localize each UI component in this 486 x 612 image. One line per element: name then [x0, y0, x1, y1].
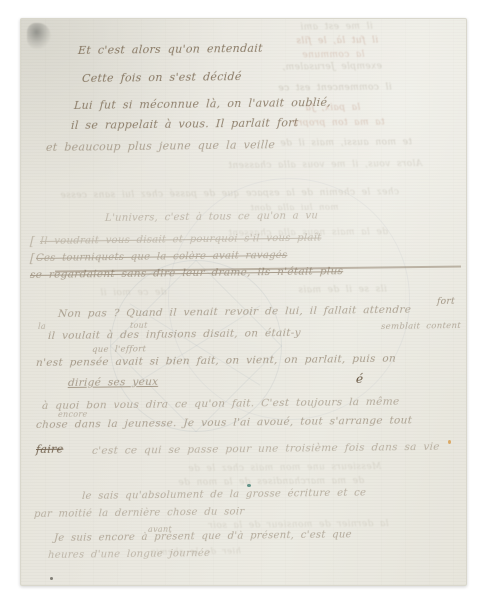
manuscript-line: Et c'est alors qu'on entendait	[78, 42, 264, 57]
bleedthrough-line: mon lui alla dont	[250, 203, 339, 214]
bleedthrough-line: te mon aussi, mais il de	[280, 137, 412, 148]
bleedthrough-line: il me est ami	[300, 22, 373, 33]
bleedthrough-line: la commune	[302, 50, 365, 61]
manuscript-line: il se rappelait à vous. Il parlait fort	[71, 116, 299, 132]
manuscript-line: Cette fois on s'est décidé	[82, 70, 242, 85]
bleedthrough-line: Alors vous, il me vous alla chassent	[228, 159, 422, 171]
bleedthrough-line: Messieurs une mon mais chez le de	[188, 462, 381, 474]
corner-smudge	[27, 23, 51, 49]
manuscript-line: semblait content	[381, 321, 462, 332]
manuscript-line: [	[30, 251, 36, 265]
manuscript-line: que l'effort	[92, 344, 147, 355]
bleedthrough-line: de ma marchandises de la mon de	[178, 476, 364, 488]
bleedthrough-line: il commencent est ce	[278, 82, 392, 93]
manuscript-line: [	[30, 234, 36, 248]
ink-speck-orange	[448, 440, 451, 444]
manuscript-line: dirigé ses yeux	[68, 376, 159, 389]
ink-speck-dark	[50, 577, 53, 580]
manuscript-line: fort	[437, 297, 455, 307]
manuscript-line: faire	[36, 443, 64, 456]
bleedthrough-line: hier de la chemin	[150, 547, 241, 558]
bleedthrough-line: ta ma ton propre	[292, 118, 385, 129]
bleedthrough-line: ils se il de mais	[298, 285, 387, 296]
bleedthrough-line: la paix, Ja	[305, 103, 360, 114]
manuscript-line: la	[38, 322, 46, 331]
bleedthrough-line: de ce moi il	[100, 288, 167, 299]
bleedthrough-line: de la mais nous alla chassent	[228, 227, 388, 239]
bleedthrough-line: il fut là, le fils	[296, 36, 378, 47]
bleedthrough-line: la dernier de monsieur de la soir	[208, 519, 389, 531]
scanned-manuscript: Et c'est alors qu'on entendaitCette fois…	[0, 0, 486, 612]
manuscript-line: é	[356, 372, 364, 386]
bleedthrough-line: exemple Jerusalem,	[282, 61, 382, 72]
